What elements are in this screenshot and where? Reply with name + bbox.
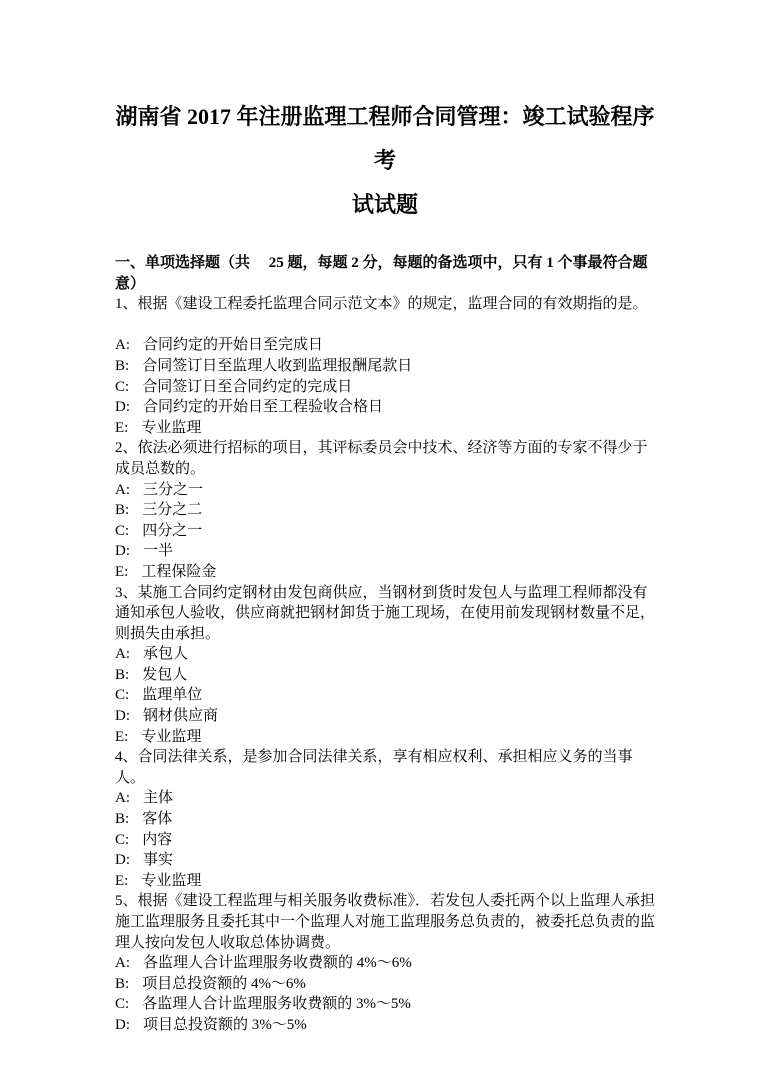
option-text: 合同约定的开始日至完成日 (143, 335, 323, 356)
option-row: B:发包人 (115, 665, 655, 686)
option-row: E:工程保险金 (115, 562, 655, 583)
option-row: D:一半 (115, 541, 655, 562)
option-row: D:合同约定的开始日至工程验收合格日 (115, 397, 655, 418)
option-label: C: (115, 994, 129, 1015)
question-stem: 1、根据《建设工程委托监理合同示范文本》的规定，监理合同的有效期指的是。 (115, 294, 655, 315)
document-title: 湖南省 2017 年注册监理工程师合同管理：竣工试验程序考 试试题 (115, 95, 655, 227)
option-text: 监理单位 (142, 685, 202, 706)
option-text: 专业监理 (141, 871, 201, 892)
option-text: 各监理人合计监理服务收费额的 3%～5% (142, 994, 411, 1015)
option-text: 合同签订日至合同约定的完成日 (142, 377, 352, 398)
option-row: B:客体 (115, 809, 655, 830)
option-text: 钢材供应商 (143, 706, 218, 727)
option-text: 工程保险金 (141, 562, 216, 583)
question-block-5: 5、根据《建设工程监理与相关服务收费标准》．若发包人委托两个以上监理人承担施工监… (115, 891, 655, 1035)
option-row: C:四分之一 (115, 521, 655, 542)
option-row: D:事实 (115, 850, 655, 871)
option-label: B: (115, 500, 129, 521)
option-text: 合同约定的开始日至工程验收合格日 (143, 397, 383, 418)
option-label: C: (115, 685, 129, 706)
question-stem: 5、根据《建设工程监理与相关服务收费标准》．若发包人委托两个以上监理人承担施工监… (115, 891, 655, 953)
option-text: 主体 (143, 788, 173, 809)
section-header: 一、单项选择题（共 25 题，每题 2 分，每题的备选项中，只有 1 个事最符合… (115, 253, 655, 294)
option-row: D:项目总投资额的 3%～5% (115, 1015, 655, 1036)
option-label: C: (115, 830, 129, 851)
option-label: B: (115, 665, 129, 686)
option-label: D: (115, 397, 130, 418)
option-text: 客体 (142, 809, 172, 830)
option-row: C:各监理人合计监理服务收费额的 3%～5% (115, 994, 655, 1015)
option-label: A: (115, 644, 130, 665)
option-label: B: (115, 356, 129, 377)
option-label: E: (115, 562, 128, 583)
question-block-3: 3、某施工合同约定钢材由发包商供应，当钢材到货时发包人与监理工程师都没有通知承包… (115, 583, 655, 748)
question-stem: 4、合同法律关系，是参加合同法律关系，享有相应权利、承担相应义务的当事人。 (115, 747, 655, 788)
question-list: 1、根据《建设工程委托监理合同示范文本》的规定，监理合同的有效期指的是。A:合同… (115, 294, 655, 1035)
option-label: D: (115, 706, 130, 727)
option-label: D: (115, 541, 130, 562)
document-title-line-2: 试试题 (115, 183, 655, 227)
option-row: E:专业监理 (115, 418, 655, 439)
option-row: E:专业监理 (115, 727, 655, 748)
option-label: C: (115, 521, 129, 542)
option-row: C:监理单位 (115, 685, 655, 706)
option-text: 项目总投资额的 4%～6% (142, 974, 306, 995)
option-text: 内容 (142, 830, 172, 851)
option-label: A: (115, 953, 130, 974)
option-row: C:内容 (115, 830, 655, 851)
option-label: E: (115, 418, 128, 439)
option-text: 各监理人合计监理服务收费额的 4%～6% (143, 953, 412, 974)
option-row: B:合同签订日至监理人收到监理报酬尾款日 (115, 356, 655, 377)
option-text: 事实 (143, 850, 173, 871)
option-row: A:三分之一 (115, 480, 655, 501)
document-title-line-1: 湖南省 2017 年注册监理工程师合同管理：竣工试验程序考 (115, 95, 655, 183)
option-label: C: (115, 377, 129, 398)
document-page: 湖南省 2017 年注册监理工程师合同管理：竣工试验程序考 试试题 一、单项选择… (0, 0, 763, 1080)
option-label: E: (115, 871, 128, 892)
option-text: 四分之一 (142, 521, 202, 542)
option-text: 发包人 (142, 665, 187, 686)
option-text: 专业监理 (141, 418, 201, 439)
option-row: D:钢材供应商 (115, 706, 655, 727)
document-body: 一、单项选择题（共 25 题，每题 2 分，每题的备选项中，只有 1 个事最符合… (115, 253, 655, 1036)
option-row: A:主体 (115, 788, 655, 809)
question-block-1: 1、根据《建设工程委托监理合同示范文本》的规定，监理合同的有效期指的是。A:合同… (115, 294, 655, 438)
option-label: A: (115, 335, 130, 356)
option-text: 三分之二 (142, 500, 202, 521)
option-row: A:各监理人合计监理服务收费额的 4%～6% (115, 953, 655, 974)
option-text: 三分之一 (143, 480, 203, 501)
option-row: B:三分之二 (115, 500, 655, 521)
question-block-2: 2、依法必须进行招标的项目，其评标委员会中技术、经济等方面的专家不得少于成员总数… (115, 438, 655, 582)
option-label: A: (115, 788, 130, 809)
option-label: D: (115, 850, 130, 871)
option-row: E:专业监理 (115, 871, 655, 892)
option-text: 项目总投资额的 3%～5% (143, 1015, 307, 1036)
option-label: A: (115, 480, 130, 501)
option-text: 一半 (143, 541, 173, 562)
option-label: B: (115, 974, 129, 995)
option-label: D: (115, 1015, 130, 1036)
option-text: 承包人 (143, 644, 188, 665)
option-row: B:项目总投资额的 4%～6% (115, 974, 655, 995)
question-stem: 2、依法必须进行招标的项目，其评标委员会中技术、经济等方面的专家不得少于成员总数… (115, 438, 655, 479)
option-row: C:合同签订日至合同约定的完成日 (115, 377, 655, 398)
question-stem: 3、某施工合同约定钢材由发包商供应，当钢材到货时发包人与监理工程师都没有通知承包… (115, 583, 655, 645)
option-row: A:承包人 (115, 644, 655, 665)
option-text: 专业监理 (141, 727, 201, 748)
question-block-4: 4、合同法律关系，是参加合同法律关系，享有相应权利、承担相应义务的当事人。A:主… (115, 747, 655, 891)
option-label: B: (115, 809, 129, 830)
option-text: 合同签订日至监理人收到监理报酬尾款日 (142, 356, 412, 377)
option-row: A:合同约定的开始日至完成日 (115, 335, 655, 356)
option-label: E: (115, 727, 128, 748)
